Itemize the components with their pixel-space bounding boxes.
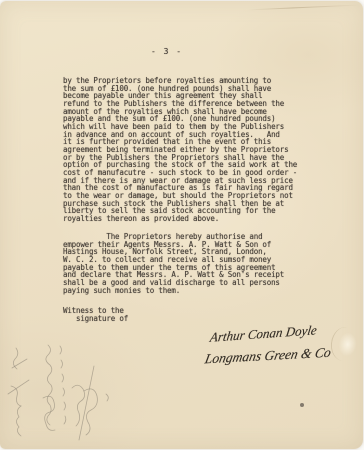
ink-speck <box>300 403 304 407</box>
page-number: - 3 - <box>151 48 183 56</box>
signature-longmans-green: Longmans Green & Co <box>204 345 333 368</box>
pencil-scribbles <box>0 336 130 450</box>
witness-block: Witness to the signature of <box>63 307 128 322</box>
contract-paragraph-agents: The Proprietors hereby authorise and emp… <box>63 233 284 294</box>
paper-sheet: - 3 - by the Proprietors before royaltie… <box>0 1 363 449</box>
scanned-document-page: - 3 - by the Proprietors before royaltie… <box>0 0 364 450</box>
paper-tear <box>329 325 360 362</box>
signature-arthur-conan-doyle: Arthur Conan Doyle <box>209 322 318 346</box>
contract-paragraph-royalties: by the Proprietors before royalties amou… <box>63 77 297 222</box>
paper-crease <box>248 5 360 11</box>
